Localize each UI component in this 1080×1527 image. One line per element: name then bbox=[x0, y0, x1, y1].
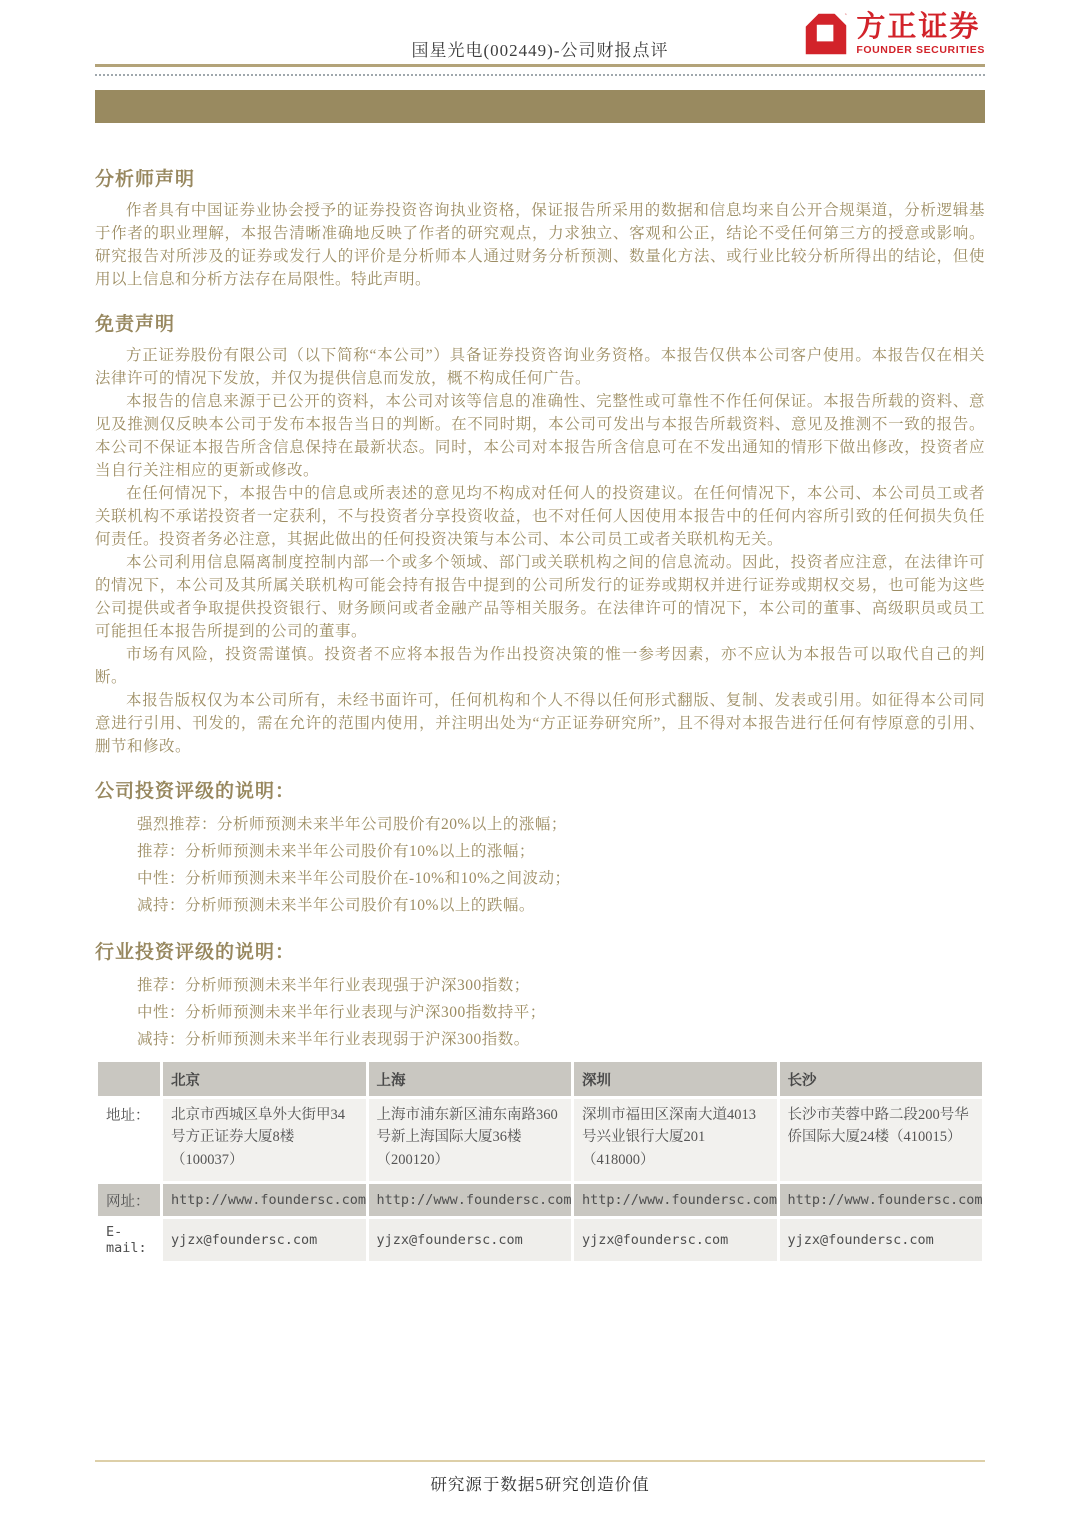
footer-slogan: 研究源于数据5研究创造价值 bbox=[95, 1471, 985, 1495]
analyst-statement-section: 分析师声明 作者具有中国证券业协会授予的证券投资咨询执业资格，保证报告所采用的数… bbox=[95, 164, 985, 291]
footer-slogan-right: 研究创造价值 bbox=[545, 1475, 650, 1494]
office-website-link[interactable]: http://www.foundersc.com bbox=[163, 1184, 366, 1216]
offices-header-row: 北京 上海 深圳 长沙 bbox=[98, 1062, 982, 1096]
disclaimer-paragraph: 本报告的信息来源于已公开的资料，本公司对该等信息的准确性、完整性或可靠性不作任何… bbox=[95, 390, 985, 482]
office-website-link[interactable]: http://www.foundersc.com bbox=[780, 1184, 983, 1216]
logo-wordmark: 方正证券 FOUNDER SECURITIES bbox=[856, 13, 985, 56]
analyst-statement-heading: 分析师声明 bbox=[95, 164, 985, 191]
office-email-link[interactable]: yjzx@foundersc.com bbox=[163, 1219, 366, 1261]
office-website-link[interactable]: http://www.foundersc.com bbox=[369, 1184, 572, 1216]
founder-securities-logo: 方正证券 FOUNDER SECURITIES bbox=[803, 10, 985, 58]
industry-rating-item: 推荐：分析师预测未来半年行业表现强于沪深300指数； bbox=[137, 972, 985, 999]
disclaimer-paragraph: 市场有风险，投资需谨慎。投资者不应将本报告为作出投资决策的惟一参考因素，亦不应认… bbox=[95, 643, 985, 689]
logo-name-cn: 方正证券 bbox=[856, 13, 985, 42]
website-row: 网址： http://www.foundersc.com http://www.… bbox=[98, 1184, 982, 1216]
disclaimer-paragraph: 方正证券股份有限公司（以下简称“本公司”）具备证券投资咨询业务资格。本报告仅供本… bbox=[95, 344, 985, 390]
company-rating-item: 强烈推荐：分析师预测未来半年公司股价有20%以上的涨幅； bbox=[137, 811, 985, 838]
disclaimer-heading: 免责声明 bbox=[95, 309, 985, 336]
industry-rating-section: 行业投资评级的说明： 推荐：分析师预测未来半年行业表现强于沪深300指数； 中性… bbox=[95, 937, 985, 1053]
title-underline bbox=[95, 64, 985, 67]
office-city-beijing: 北京 bbox=[163, 1062, 366, 1096]
dotted-divider bbox=[95, 74, 985, 76]
office-address: 上海市浦东新区浦东南路360号新上海国际大厦36楼（200120） bbox=[369, 1099, 572, 1181]
footer-divider bbox=[95, 1460, 985, 1462]
logo-name-en: FOUNDER SECURITIES bbox=[856, 45, 985, 56]
page-footer: 研究源于数据5研究创造价值 bbox=[95, 1460, 985, 1495]
company-rating-item: 推荐：分析师预测未来半年公司股价有10%以上的涨幅； bbox=[137, 838, 985, 865]
office-email-link[interactable]: yjzx@foundersc.com bbox=[369, 1219, 572, 1261]
office-city-shanghai: 上海 bbox=[369, 1062, 572, 1096]
website-row-label: 网址： bbox=[98, 1184, 160, 1216]
page-header: 国星光电(002449)-公司财报点评 方正证券 FOUNDER SECURIT… bbox=[95, 0, 985, 124]
company-rating-item: 中性：分析师预测未来半年公司股价在-10%和10%之间波动； bbox=[137, 865, 985, 892]
offices-corner-cell bbox=[98, 1062, 160, 1096]
address-row-label: 地址： bbox=[98, 1099, 160, 1181]
company-rating-item: 减持：分析师预测未来半年公司股价有10%以上的跌幅。 bbox=[137, 892, 985, 919]
company-rating-list: 强烈推荐：分析师预测未来半年公司股价有20%以上的涨幅； 推荐：分析师预测未来半… bbox=[95, 811, 985, 919]
office-city-shenzhen: 深圳 bbox=[574, 1062, 777, 1096]
email-row: E-mail: yjzx@foundersc.com yjzx@founders… bbox=[98, 1219, 982, 1261]
analyst-statement-paragraph: 作者具有中国证券业协会授予的证券投资咨询执业资格，保证报告所采用的数据和信息均来… bbox=[95, 199, 985, 291]
office-email-link[interactable]: yjzx@foundersc.com bbox=[574, 1219, 777, 1261]
industry-rating-heading: 行业投资评级的说明： bbox=[95, 937, 985, 964]
office-website-link[interactable]: http://www.foundersc.com bbox=[574, 1184, 777, 1216]
disclaimer-paragraph: 本公司利用信息隔离制度控制内部一个或多个领域、部门或关联机构之间的信息流动。因此… bbox=[95, 551, 985, 643]
industry-rating-list: 推荐：分析师预测未来半年行业表现强于沪深300指数； 中性：分析师预测未来半年行… bbox=[95, 972, 985, 1053]
industry-rating-item: 中性：分析师预测未来半年行业表现与沪深300指数持平； bbox=[137, 999, 985, 1026]
disclaimer-paragraph: 本报告版权仅为本公司所有，未经书面许可，任何机构和个人不得以任何形式翻版、复制、… bbox=[95, 689, 985, 758]
page-number: 5 bbox=[535, 1475, 544, 1494]
office-address: 北京市西城区阜外大街甲34号方正证券大厦8楼（100037） bbox=[163, 1099, 366, 1181]
disclaimer-paragraph: 在任何情况下，本报告中的信息或所表述的意见均不构成对任何人的投资建议。在任何情况… bbox=[95, 482, 985, 551]
office-address: 长沙市芙蓉中路二段200号华侨国际大厦24楼（410015） bbox=[780, 1099, 983, 1181]
section-band bbox=[95, 90, 985, 123]
footer-slogan-left: 研究源于数据 bbox=[430, 1475, 535, 1494]
disclaimer-section: 免责声明 方正证券股份有限公司（以下简称“本公司”）具备证券投资咨询业务资格。本… bbox=[95, 309, 985, 758]
offices-table: 北京 上海 深圳 长沙 地址： 北京市西城区阜外大街甲34号方正证券大厦8楼（1… bbox=[95, 1059, 985, 1264]
office-email-link[interactable]: yjzx@foundersc.com bbox=[780, 1219, 983, 1261]
report-page: 国星光电(002449)-公司财报点评 方正证券 FOUNDER SECURIT… bbox=[0, 0, 1080, 1527]
office-address: 深圳市福田区深南大道4013号兴业银行大厦201（418000） bbox=[574, 1099, 777, 1181]
email-row-label: E-mail: bbox=[98, 1219, 160, 1261]
company-rating-section: 公司投资评级的说明： 强烈推荐：分析师预测未来半年公司股价有20%以上的涨幅； … bbox=[95, 776, 985, 919]
report-body: 分析师声明 作者具有中国证券业协会授予的证券投资咨询执业资格，保证报告所采用的数… bbox=[95, 124, 985, 1264]
company-rating-heading: 公司投资评级的说明： bbox=[95, 776, 985, 803]
address-row: 地址： 北京市西城区阜外大街甲34号方正证券大厦8楼（100037） 上海市浦东… bbox=[98, 1099, 982, 1181]
industry-rating-item: 减持：分析师预测未来半年行业表现弱于沪深300指数。 bbox=[137, 1026, 985, 1053]
office-city-changsha: 长沙 bbox=[780, 1062, 983, 1096]
founder-logo-icon bbox=[803, 10, 849, 58]
